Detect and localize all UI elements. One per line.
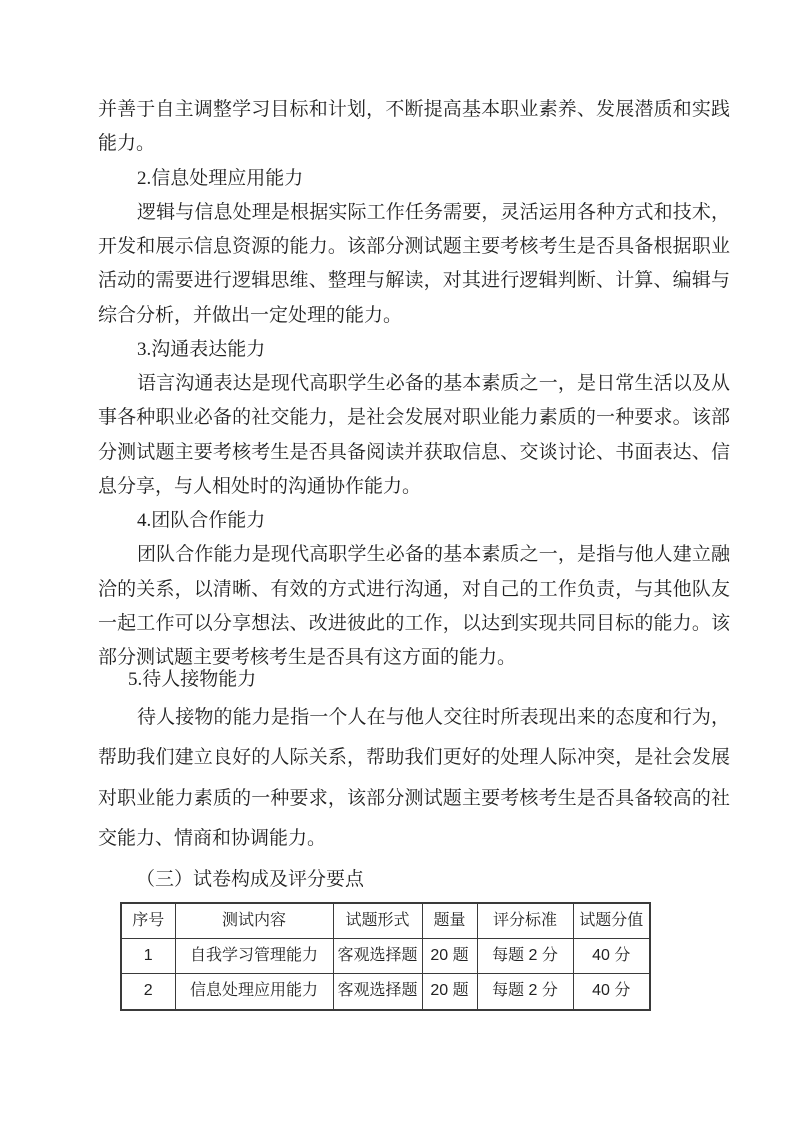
paragraph-communication: 语言沟通表达是现代高职学生必备的基本素质之一，是日常生活以及从事各种职业必备的社…	[98, 367, 730, 504]
paragraph-info-processing: 逻辑与信息处理是根据实际工作任务需要，灵活运用各种方式和技术，开发和展示信息资源…	[98, 196, 730, 333]
table-row: 2 信息处理应用能力 客观选择题 20 题 每题 2 分 40 分	[121, 974, 650, 1010]
table-cell: 20 题	[422, 939, 477, 974]
table-cell: 每题 2 分	[477, 974, 573, 1010]
table-cell: 客观选择题	[333, 939, 422, 974]
document-content: 并善于自主调整学习目标和计划，不断提高基本职业素养、发展潜质和实践能力。 2.信…	[98, 93, 730, 1011]
document-page: 并善于自主调整学习目标和计划，不断提高基本职业素养、发展潜质和实践能力。 2.信…	[0, 0, 793, 1122]
table-cell: 1	[121, 939, 175, 974]
paragraph-interpersonal: 待人接物的能力是指一个人在与他人交往时所表现出来的态度和行为，帮助我们建立良好的…	[98, 698, 730, 860]
table-header-scoring-standard: 评分标准	[477, 903, 573, 939]
paragraph-continuation: 并善于自主调整学习目标和计划，不断提高基本职业素养、发展潜质和实践能力。	[98, 93, 730, 162]
table-header-row: 序号 测试内容 试题形式 题量 评分标准 试题分值	[121, 903, 650, 939]
table-cell: 自我学习管理能力	[175, 939, 333, 974]
table-cell: 2	[121, 974, 175, 1010]
table-cell: 40 分	[573, 974, 650, 1010]
table-header-question-count: 题量	[422, 903, 477, 939]
table-header-test-content: 测试内容	[175, 903, 333, 939]
table-cell: 每题 2 分	[477, 939, 573, 974]
paragraph-teamwork: 团队合作能力是现代高职学生必备的基本素质之一，是指与他人建立融洽的关系，以清晰、…	[98, 538, 730, 675]
heading-communication: 3.沟通表达能力	[98, 333, 730, 367]
table-row: 1 自我学习管理能力 客观选择题 20 题 每题 2 分 40 分	[121, 939, 650, 974]
table-header-question-score: 试题分值	[573, 903, 650, 939]
table-header-index: 序号	[121, 903, 175, 939]
table-cell: 信息处理应用能力	[175, 974, 333, 1010]
table-cell: 客观选择题	[333, 974, 422, 1010]
table-cell: 20 题	[422, 974, 477, 1010]
section-heading-exam-composition: （三）试卷构成及评分要点	[98, 863, 730, 897]
heading-teamwork: 4.团队合作能力	[98, 504, 730, 538]
table-header-question-form: 试题形式	[333, 903, 422, 939]
table-cell: 40 分	[573, 939, 650, 974]
score-table: 序号 测试内容 试题形式 题量 评分标准 试题分值 1 自我学习管理能力 客观选…	[120, 902, 651, 1011]
heading-info-processing: 2.信息处理应用能力	[98, 162, 730, 196]
